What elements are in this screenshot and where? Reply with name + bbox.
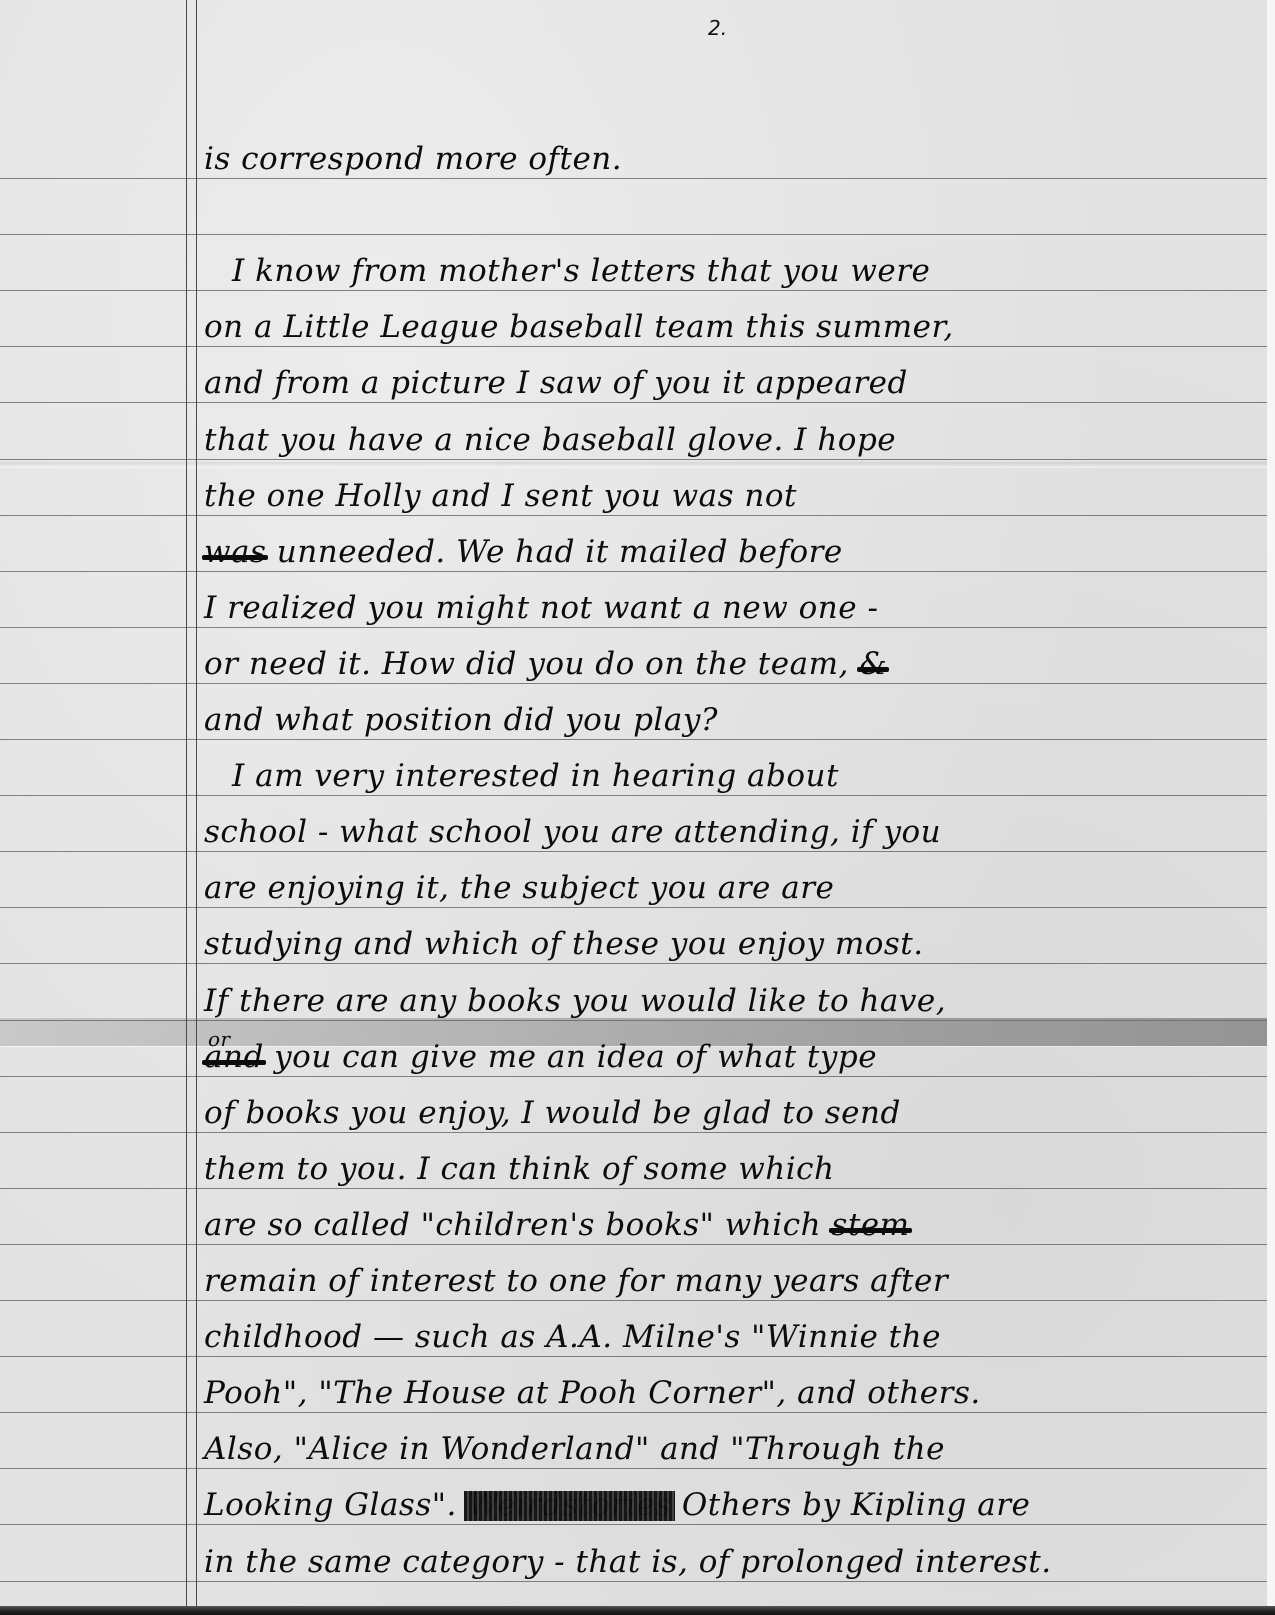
handwritten-line: studying and which of these you enjoy mo… <box>204 919 1254 969</box>
scribbled-out-word: Weirdstories <box>467 1480 671 1530</box>
struck-word: stem <box>831 1200 909 1250</box>
handwritten-line: I am very interested in hearing about <box>232 751 1275 801</box>
letter-page: 2. is correspond more often.I know from … <box>0 0 1267 1608</box>
handwritten-line: childhood — such as A.A. Milne's "Winnie… <box>204 1312 1254 1362</box>
handwritten-line: are so called "children's books" which s… <box>204 1200 1254 1250</box>
handwritten-line: them to you. I can think of some which <box>204 1144 1254 1194</box>
struck-word: andor <box>204 1032 264 1082</box>
margin-line-left <box>186 0 187 1608</box>
handwritten-line: or need it. How did you do on the team, … <box>204 639 1254 689</box>
handwritten-line: Pooh", "The House at Pooh Corner", and o… <box>204 1368 1254 1418</box>
page-number: 2. <box>708 16 727 40</box>
struck-word: was <box>204 527 266 577</box>
handwritten-line: school - what school you are attending, … <box>204 807 1254 857</box>
handwritten-line: on a Little League baseball team this su… <box>204 302 1254 352</box>
inserted-word: or <box>208 1014 231 1064</box>
handwritten-line: remain of interest to one for many years… <box>204 1256 1254 1306</box>
scan-edge-right <box>1267 0 1275 1615</box>
struck-word: & <box>859 639 887 689</box>
handwritten-line: are enjoying it, the subject you are are <box>204 863 1254 913</box>
handwritten-line: I realized you might not want a new one … <box>204 583 1254 633</box>
handwritten-line: the one Holly and I sent you was not <box>204 471 1254 521</box>
margin-line-right <box>196 0 197 1608</box>
handwritten-line: was unneeded. We had it mailed before <box>204 527 1254 577</box>
handwritten-line: is correspond more often. <box>204 134 1254 184</box>
handwritten-line: and from a picture I saw of you it appea… <box>204 358 1254 408</box>
ruled-line <box>0 234 1267 235</box>
handwritten-line: Also, "Alice in Wonderland" and "Through… <box>204 1424 1254 1474</box>
handwritten-line: andor you can give me an idea of what ty… <box>204 1032 1254 1082</box>
handwritten-line: that you have a nice baseball glove. I h… <box>204 415 1254 465</box>
handwritten-line: in the same category - that is, of prolo… <box>204 1537 1254 1587</box>
handwritten-line: Looking Glass". Weirdstories Others by K… <box>204 1480 1254 1530</box>
handwritten-line: and what position did you play? <box>204 695 1254 745</box>
handwritten-line: of books you enjoy, I would be glad to s… <box>204 1088 1254 1138</box>
handwritten-line: If there are any books you would like to… <box>204 976 1254 1026</box>
handwritten-line: I know from mother's letters that you we… <box>232 246 1275 296</box>
scan-edge-bottom <box>0 1606 1275 1615</box>
